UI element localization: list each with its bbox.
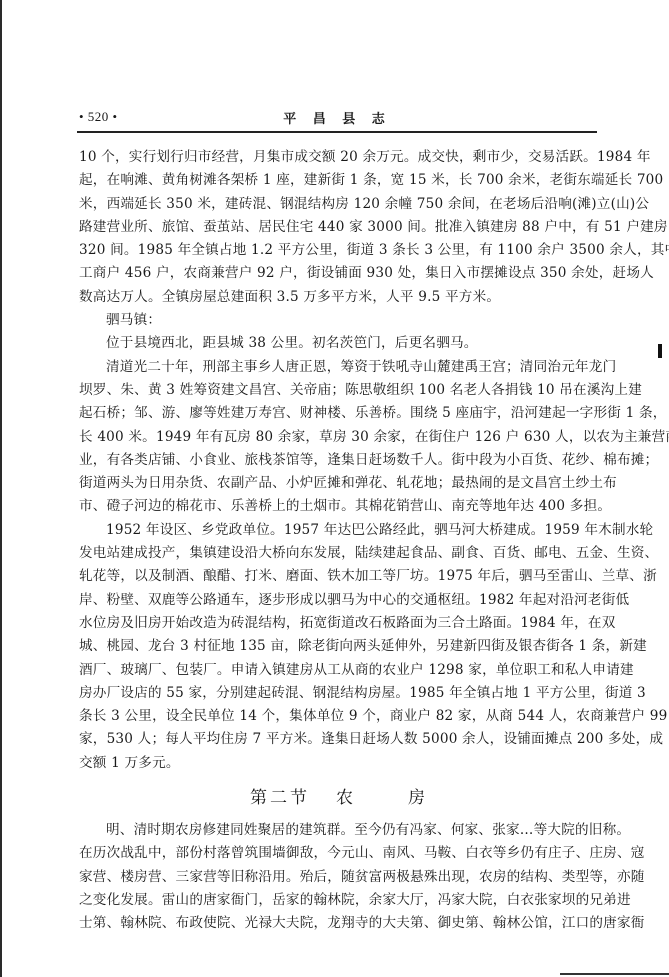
header-rule (77, 131, 597, 133)
text-line: 数高达万人。全镇房屋总建面积 3.5 万多平方米，人平 9.5 平方米。 (79, 286, 599, 309)
page-header: • 520 • 平 昌 县 志 (77, 108, 597, 132)
text-line: 工商户 456 户，农商兼营户 92 户，街设铺面 930 处，集日入市摆摊设点… (79, 262, 599, 285)
text-line: 条长 3 公里，设全民单位 14 个，集体单位 9 个，商业户 82 家，从商 … (79, 705, 599, 728)
text-line: 家营、楼房营、三家营等旧称沿用。殆后，随贫富两极悬殊出现，农房的结构、类型等，亦… (79, 866, 599, 889)
scan-margin-mark (658, 344, 662, 358)
running-title: 平 昌 县 志 (77, 108, 597, 127)
page-body: 10 个，实行划行归市经营，月集市成交额 20 余万元。成交快，剩市少，交易活跃… (79, 146, 599, 936)
text-line: 位于县境西北，距县城 38 公里。初名茨笆门，后更名驷马。 (79, 332, 599, 355)
text-line: 明、清时期农房修建同姓聚居的建筑群。至今仍有冯家、何家、张家…等大院的旧称。 (79, 819, 599, 842)
text-line: 轧花等，以及制酒、酿醋、打米、磨面、铁木加工等厂坊。1975 年后，驷马至雷山、… (79, 565, 599, 588)
text-line: 水位房及旧房开始改造为砖混结构，拓宽街道改石板路面为三合土路面。1984 年，在… (79, 612, 599, 635)
text-line: 在历次战乱中，部份村落曾筑围墙御敌，今元山、南风、马鞍、白衣等乡仍有庄子、庄房、… (79, 842, 599, 865)
text-line: 发电站建成投产，集镇建设沿大桥向东发展，陆续建起食品、副食、百货、邮电、五金、生… (79, 542, 599, 565)
text-line: 清道光二十年，刑部主事乡人唐正恩，筹资于铁吼寺山麓建禹王宫；清同治元年龙门 (79, 356, 599, 379)
text-line: 房办厂设店的 55 家，分别建起砖混、钢混结构房屋。1985 年全镇占地 1 平… (79, 682, 599, 705)
scan-left-edge (0, 0, 2, 977)
paragraphs-top: 10 个，实行划行归市经营，月集市成交额 20 余万元。成交快，剩市少，交易活跃… (79, 146, 599, 775)
text-line: 业，有各类店铺、小食业、旅栈茶馆等，逢集日赶场数千人。街中段为小百货、花纱、棉布… (79, 449, 599, 472)
scan-bottom-edge (560, 973, 669, 975)
text-line: 驷马镇： (79, 309, 599, 332)
text-line: 1952 年设区、乡党政单位。1957 年达巴公路经此，驷马河大桥建成。1959… (79, 519, 599, 542)
text-line: 士第、翰林院、布政使院、光禄大夫院，龙翔寺的大夫第、御史第、翰林公馆，江口的唐家… (79, 912, 599, 935)
text-line: 之变化发展。雷山的唐家衙门，岳家的翰林院，余家大厅，冯家大院，白衣张家坝的兄弟进 (79, 889, 599, 912)
text-line: 米，西端延长 350 米，建砖混、钢混结构房 120 余幢 750 余间，在老场… (79, 193, 599, 216)
text-line: 起石桥；邹、游、廖等姓建万寿宫、财神楼、乐善桥。围绕 5 座庙宇，沿河建起一字形… (79, 402, 599, 425)
text-line: 320 间。1985 年全镇占地 1.2 平方公里，街道 3 条长 3 公里，有… (79, 239, 599, 262)
section-number: 第二节 (250, 788, 310, 808)
text-line: 路建营业所、旅馆、蚕茧站、居民住宅 440 家 3000 间。批准入镇建房 88… (79, 216, 599, 239)
text-line: 坝罗、朱、黄 3 姓筹资建文昌宫、关帝庙；陈思敬组织 100 名老人各捐钱 10… (79, 379, 599, 402)
section-title-part-1: 农 (336, 788, 356, 808)
text-line: 起，在响滩、黄角树滩各架桥 1 座，建新街 1 条，宽 15 米，长 700 余… (79, 169, 599, 192)
text-line: 交额 1 万多元。 (79, 752, 599, 775)
text-line: 街道两头为日用杂货、农副产品、小炉匠摊和弹花、轧花地；最热闹的是文昌宫土纱土布 (79, 472, 599, 495)
section-heading: 第二节农房 (79, 775, 599, 819)
text-line: 10 个，实行划行归市经营，月集市成交额 20 余万元。成交快，剩市少，交易活跃… (79, 146, 599, 169)
text-line: 城、桃园、龙台 3 村征地 135 亩，除老街向两头延伸外，另建新四街及银杏街各… (79, 635, 599, 658)
text-line: 长 400 米。1949 年有瓦房 80 余家，草房 30 余家，在街住户 12… (79, 426, 599, 449)
text-line: 岸、粉壁、双鹿等公路通车，逐步形成以驷马为中心的交通枢纽。1982 年起对沿河老… (79, 589, 599, 612)
text-line: 家，530 人；每人平均住房 7 平方米。逢集日赶场人数 5000 余人，设铺面… (79, 728, 599, 751)
text-line: 市、磴子河边的棉花市、乐善桥上的土烟市。其棉花销营山、南充等地年达 400 多担… (79, 495, 599, 518)
section-title-part-2: 房 (408, 788, 428, 808)
paragraphs-bottom: 明、清时期农房修建同姓聚居的建筑群。至今仍有冯家、何家、张家…等大院的旧称。在历… (79, 819, 599, 935)
text-line: 酒厂、玻璃厂、包装厂。申请入镇建房从工从商的农业户 1298 家，单位职工和私人… (79, 659, 599, 682)
